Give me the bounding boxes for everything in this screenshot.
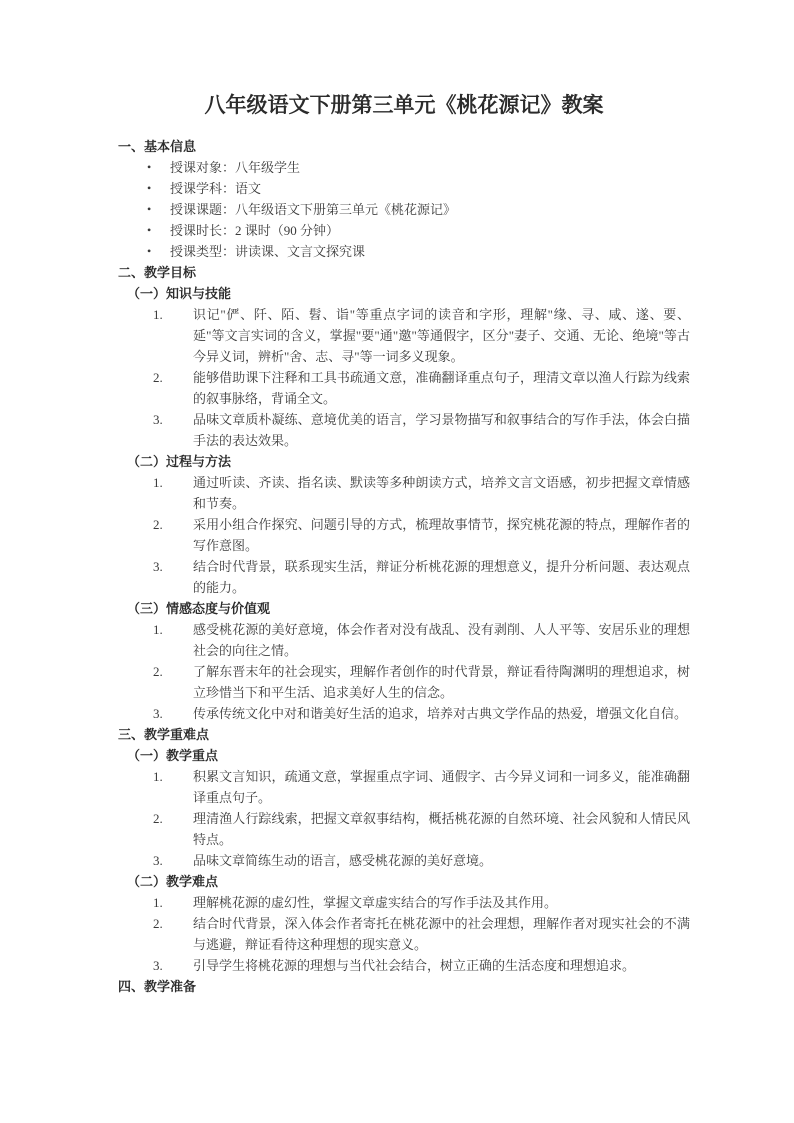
numbered-item: 2. 结合时代背景，深入体会作者寄托在桃花源中的社会理想，理解作者对现实社会的不… <box>118 913 690 955</box>
list-item-text: 授课时长：2 课时（90 分钟） <box>170 223 339 238</box>
item-text: 理解桃花源的虚幻性，掌握文章虚实结合的写作手法及其作用。 <box>193 895 557 910</box>
item-number: 1. <box>153 304 163 325</box>
list-item: • 授课课题：八年级语文下册第三单元《桃花源记》 <box>118 199 690 220</box>
list-item-text: 授课学科：语文 <box>170 181 261 196</box>
numbered-item: 1. 识记"俨、阡、陌、髫、诣"等重点字词的读音和字形，理解"缘、寻、咸、遂、要… <box>118 304 690 367</box>
item-number: 2. <box>153 367 163 388</box>
list-item-text: 授课课题：八年级语文下册第三单元《桃花源记》 <box>170 202 456 217</box>
subsection-heading-teaching-key-points: （一）教学重点 <box>118 745 690 766</box>
numbered-item: 3. 品味文章简练生动的语言，感受桃花源的美好意境。 <box>118 850 690 871</box>
item-text: 引导学生将桃花源的理想与当代社会结合，树立正确的生活态度和理想追求。 <box>193 958 635 973</box>
item-number: 2. <box>153 661 163 682</box>
item-number: 2. <box>153 514 163 535</box>
list-item: • 授课学科：语文 <box>118 178 690 199</box>
item-number: 3. <box>153 955 163 976</box>
numbered-item: 3. 结合时代背景，联系现实生活，辩证分析桃花源的理想意义，提升分析问题、表达观… <box>118 556 690 598</box>
item-number: 1. <box>153 619 163 640</box>
item-text: 通过听读、齐读、指名读、默读等多种朗读方式，培养文言文语感，初步把握文章情感和节… <box>193 475 690 511</box>
numbered-item: 1. 感受桃花源的美好意境，体会作者对没有战乱、没有剥削、人人平等、安居乐业的理… <box>118 619 690 661</box>
item-text: 结合时代背景，联系现实生活，辩证分析桃花源的理想意义，提升分析问题、表达观点的能… <box>193 559 690 595</box>
list-item: • 授课时长：2 课时（90 分钟） <box>118 220 690 241</box>
item-text: 识记"俨、阡、陌、髫、诣"等重点字词的读音和字形，理解"缘、寻、咸、遂、要、延"… <box>193 307 690 364</box>
section-heading-basic-info: 一、基本信息 <box>118 136 690 157</box>
item-text: 理清渔人行踪线索，把握文章叙事结构，概括桃花源的自然环境、社会风貌和人情民风特点… <box>193 811 690 847</box>
item-text: 品味文章质朴凝练、意境优美的语言，学习景物描写和叙事结合的写作手法，体会白描手法… <box>193 412 690 448</box>
bullet-icon: • <box>147 241 151 262</box>
page-title: 八年级语文下册第三单元《桃花源记》教案 <box>118 90 690 120</box>
bullet-icon: • <box>147 157 151 178</box>
item-number: 1. <box>153 472 163 493</box>
numbered-item: 3. 引导学生将桃花源的理想与当代社会结合，树立正确的生活态度和理想追求。 <box>118 955 690 976</box>
item-number: 3. <box>153 556 163 577</box>
item-text: 了解东晋末年的社会现实，理解作者创作的时代背景，辩证看待陶渊明的理想追求，树立珍… <box>193 664 690 700</box>
subsection-heading-process-method: （二）过程与方法 <box>118 451 690 472</box>
numbered-item: 2. 了解东晋末年的社会现实，理解作者创作的时代背景，辩证看待陶渊明的理想追求，… <box>118 661 690 703</box>
subsection-heading-emotion-values: （三）情感态度与价值观 <box>118 598 690 619</box>
item-number: 2. <box>153 913 163 934</box>
list-item-text: 授课对象：八年级学生 <box>170 160 300 175</box>
item-text: 采用小组合作探究、问题引导的方式，梳理故事情节，探究桃花源的特点，理解作者的写作… <box>193 517 690 553</box>
numbered-item: 2. 采用小组合作探究、问题引导的方式，梳理故事情节，探究桃花源的特点，理解作者… <box>118 514 690 556</box>
bullet-icon: • <box>147 199 151 220</box>
item-text: 品味文章简练生动的语言，感受桃花源的美好意境。 <box>193 853 492 868</box>
item-number: 3. <box>153 409 163 430</box>
item-text: 结合时代背景，深入体会作者寄托在桃花源中的社会理想，理解作者对现实社会的不满与逃… <box>193 916 690 952</box>
item-number: 2. <box>153 808 163 829</box>
list-item: • 授课类型：讲读课、文言文探究课 <box>118 241 690 262</box>
subsection-heading-knowledge-skills: （一）知识与技能 <box>118 283 690 304</box>
document-page: 八年级语文下册第三单元《桃花源记》教案 一、基本信息 • 授课对象：八年级学生 … <box>0 0 794 1123</box>
bullet-icon: • <box>147 178 151 199</box>
item-text: 感受桃花源的美好意境，体会作者对没有战乱、没有剥削、人人平等、安居乐业的理想社会… <box>193 622 690 658</box>
list-item: • 授课对象：八年级学生 <box>118 157 690 178</box>
numbered-item: 3. 传承传统文化中对和谐美好生活的追求，培养对古典文学作品的热爱，增强文化自信… <box>118 703 690 724</box>
numbered-item: 1. 通过听读、齐读、指名读、默读等多种朗读方式，培养文言文语感，初步把握文章情… <box>118 472 690 514</box>
item-text: 能够借助课下注释和工具书疏通文意，准确翻译重点句子，理清文章以渔人行踪为线索的叙… <box>193 370 690 406</box>
item-number: 3. <box>153 850 163 871</box>
numbered-item: 2. 理清渔人行踪线索，把握文章叙事结构，概括桃花源的自然环境、社会风貌和人情民… <box>118 808 690 850</box>
list-item-text: 授课类型：讲读课、文言文探究课 <box>170 244 365 259</box>
subsection-heading-teaching-difficulties: （二）教学难点 <box>118 871 690 892</box>
basic-info-list: • 授课对象：八年级学生 • 授课学科：语文 • 授课课题：八年级语文下册第三单… <box>118 157 690 262</box>
item-number: 1. <box>153 892 163 913</box>
numbered-item: 2. 能够借助课下注释和工具书疏通文意，准确翻译重点句子，理清文章以渔人行踪为线… <box>118 367 690 409</box>
item-number: 1. <box>153 766 163 787</box>
numbered-item: 1. 积累文言知识，疏通文意，掌握重点字词、通假字、古今异义词和一词多义，能准确… <box>118 766 690 808</box>
item-text: 积累文言知识，疏通文意，掌握重点字词、通假字、古今异义词和一词多义，能准确翻译重… <box>193 769 690 805</box>
numbered-item: 3. 品味文章质朴凝练、意境优美的语言，学习景物描写和叙事结合的写作手法，体会白… <box>118 409 690 451</box>
item-number: 3. <box>153 703 163 724</box>
bullet-icon: • <box>147 220 151 241</box>
section-heading-teaching-goals: 二、教学目标 <box>118 262 690 283</box>
numbered-item: 1. 理解桃花源的虚幻性，掌握文章虚实结合的写作手法及其作用。 <box>118 892 690 913</box>
item-text: 传承传统文化中对和谐美好生活的追求，培养对古典文学作品的热爱，增强文化自信。 <box>193 706 687 721</box>
section-heading-teaching-preparation: 四、教学准备 <box>118 976 690 997</box>
section-heading-key-difficult-points: 三、教学重难点 <box>118 724 690 745</box>
